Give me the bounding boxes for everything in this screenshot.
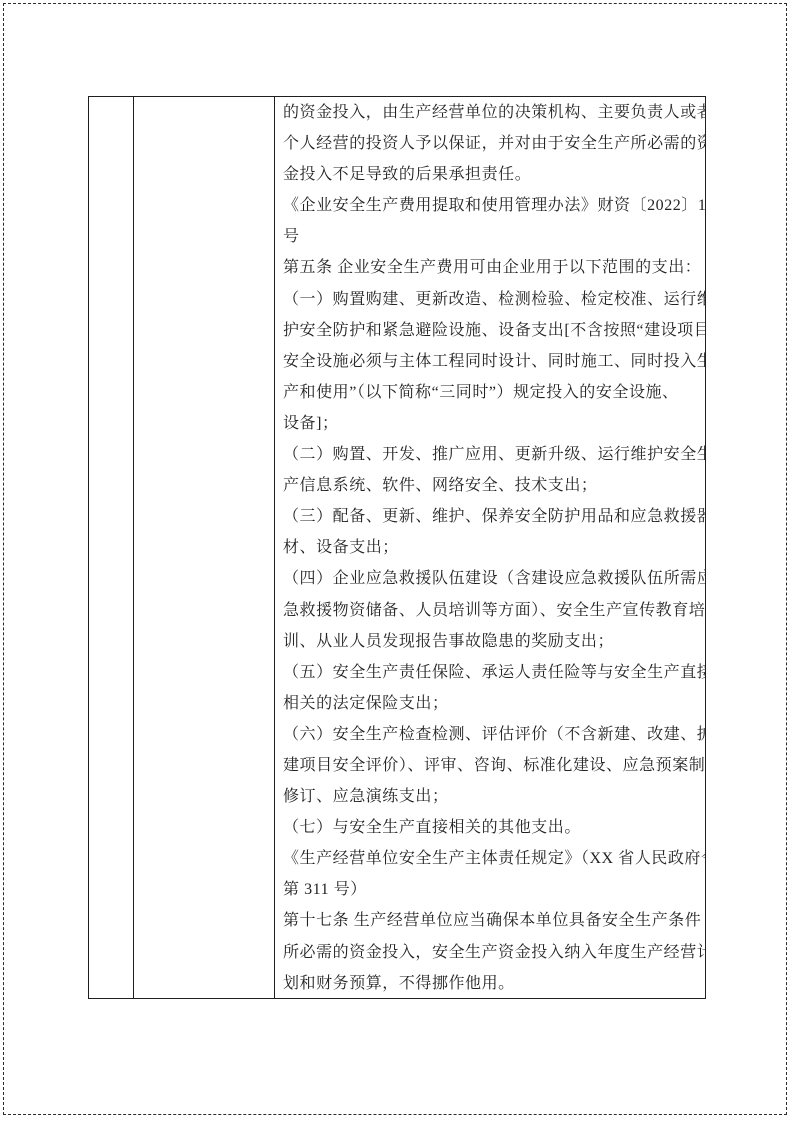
legal-text: 的资金投入，由生产经营单位的决策机构、主要负责人或者个人经营的投资人予以保证，并… [283, 97, 702, 998]
text-line: 修订、应急演练支出； [283, 781, 702, 812]
text-line: （一）购置购建、更新改造、检测检验、检定校准、运行维 [283, 284, 702, 315]
text-line: 第十七条 生产经营单位应当确保本单位具备安全生产条件 [283, 905, 702, 936]
text-line: 建项目安全评价）、评审、咨询、标准化建设、应急预案制 [283, 750, 702, 781]
text-line: 训、从业人员发现报告事故隐患的奖励支出； [283, 626, 702, 657]
text-line: 金投入不足导致的后果承担责任。 [283, 159, 702, 190]
text-line: （七）与安全生产直接相关的其他支出。 [283, 812, 702, 843]
text-line: 《生产经营单位安全生产主体责任规定》（XX 省人民政府令 [283, 843, 702, 874]
text-line: 个人经营的投资人予以保证，并对由于安全生产所必需的资 [283, 128, 702, 159]
text-line: 第五条 企业安全生产费用可由企业用于以下范围的支出： [283, 252, 702, 283]
text-line: 产和使用”（以下简称“三同时”）规定投入的安全设施、 [283, 377, 702, 408]
text-line: 相关的法定保险支出； [283, 688, 702, 719]
table-cell-empty-left [89, 97, 134, 998]
text-line: 护安全防护和紧急避险设施、设备支出[不含按照“建设项目 [283, 315, 702, 346]
text-line: （五）安全生产责任保险、承运人责任险等与安全生产直接 [283, 657, 702, 688]
text-line: （三）配备、更新、维护、保养安全防护用品和应急救援器 [283, 501, 702, 532]
text-line: 号 [283, 221, 702, 252]
text-line: 第 311 号） [283, 874, 702, 905]
text-line: 《企业安全生产费用提取和使用管理办法》财资〔2022〕136 [283, 190, 702, 221]
document-page: 的资金投入，由生产经营单位的决策机构、主要负责人或者个人经营的投资人予以保证，并… [0, 0, 793, 1122]
text-line: （六）安全生产检查检测、评估评价（不含新建、改建、扩 [283, 719, 702, 750]
text-line: 急救援物资储备、人员培训等方面）、安全生产宣传教育培 [283, 595, 702, 626]
text-line: 的资金投入，由生产经营单位的决策机构、主要负责人或者 [283, 97, 702, 128]
table-cell-content: 的资金投入，由生产经营单位的决策机构、主要负责人或者个人经营的投资人予以保证，并… [275, 97, 705, 998]
text-line: 材、设备支出； [283, 532, 702, 563]
text-line: 产信息系统、软件、网络安全、技术支出； [283, 470, 702, 501]
text-line: 安全设施必须与主体工程同时设计、同时施工、同时投入生 [283, 346, 702, 377]
text-line: 设备]； [283, 408, 702, 439]
text-line: （二）购置、开发、推广应用、更新升级、运行维护安全生 [283, 439, 702, 470]
text-line: 所必需的资金投入，安全生产资金投入纳入年度生产经营计 [283, 937, 702, 968]
text-line: （四）企业应急救援队伍建设（含建设应急救援队伍所需应 [283, 563, 702, 594]
text-line: 划和财务预算，不得挪作他用。 [283, 968, 702, 998]
table-cell-empty-middle [134, 97, 275, 998]
regulation-table: 的资金投入，由生产经营单位的决策机构、主要负责人或者个人经营的投资人予以保证，并… [88, 96, 706, 999]
